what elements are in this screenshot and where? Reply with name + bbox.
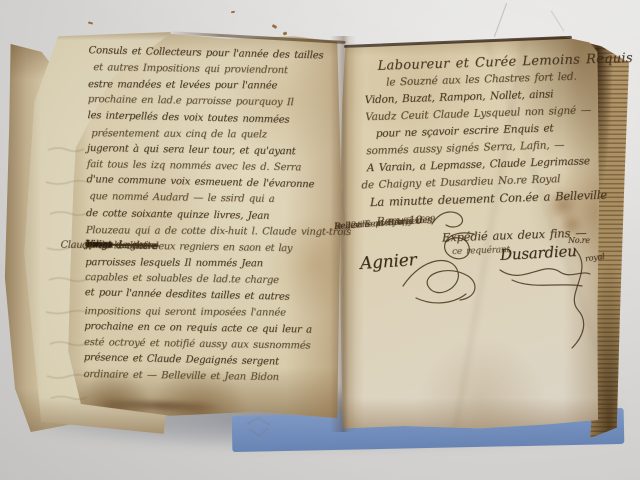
paper-fleck: [88, 21, 93, 24]
long-swash-flourish: [562, 244, 604, 352]
paper-fleck: [283, 31, 288, 35]
left-page-text: Consuls et Collecteurs pour l'année des …: [83, 44, 344, 387]
right-page-text: Laboureur et Curée Lemoins Requis le Sou…: [363, 50, 638, 230]
scratch-line: [551, 11, 565, 32]
scratch-line: [494, 3, 507, 37]
paper-fleck: [231, 11, 235, 14]
chevron-ink-mark: [244, 416, 274, 438]
recu-flourish: [428, 206, 468, 232]
paper-fleck: [272, 24, 278, 29]
manuscript-photo: Consuls et Collecteurs pour l'année des …: [0, 0, 640, 480]
